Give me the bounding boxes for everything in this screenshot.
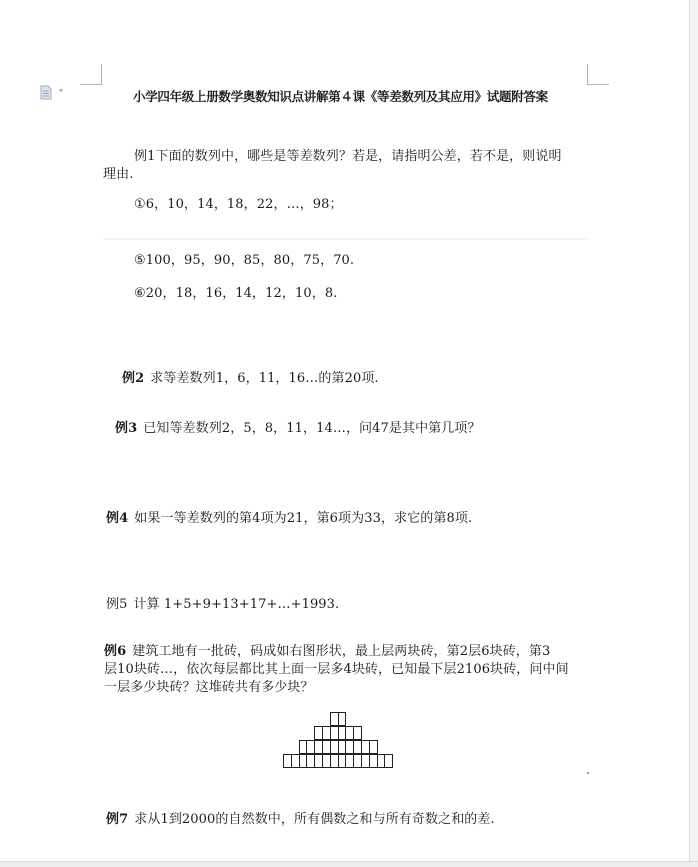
example-1-line-1: 例1下面的数列中，哪些是等差数列？若是，请指明公差，若不是，则说明 — [134, 145, 562, 164]
sequence-item-1: ①6，10，14，18，22，…，98； — [134, 193, 343, 212]
vertical-scrollbar[interactable] — [689, 0, 698, 862]
brick — [353, 726, 362, 740]
example-5-text: 计算 1+5+9+13+17+…+1993. — [133, 597, 339, 612]
item-text: 6，10，14，18，22，…，98； — [146, 197, 343, 212]
item-marker: ⑤ — [134, 253, 146, 268]
chevron-down-icon[interactable]: ▾ — [59, 86, 63, 95]
item-text: 100，95，90，85，80，75，70. — [146, 253, 354, 268]
example-3-label: 例3 — [115, 421, 137, 436]
document-title: 小学四年级上册数学奥数知识点讲解第４课《等差数列及其应用》试题附答案 — [133, 87, 558, 105]
brick-row — [330, 712, 347, 726]
scan-speck — [587, 772, 589, 774]
example-5-label: 例5 — [106, 597, 127, 612]
example-7-text: 求从1到2000的自然数中，所有偶数之和与所有奇数之和的差. — [134, 812, 495, 827]
example-3-text: 已知等差数列2，5，8，11，14…，问47是其中第几项？ — [143, 421, 480, 436]
brick — [384, 754, 393, 768]
example-6-label: 例6 — [104, 644, 126, 659]
example-6-line-1: 例6建筑工地有一批砖，码成如右图形状，最上层两块砖，第2层6块砖，第3 — [104, 640, 550, 659]
brick-row — [299, 740, 378, 754]
item-marker: ⑥ — [134, 286, 146, 301]
brick-row — [283, 754, 393, 768]
example-5: 例5计算 1+5+9+13+17+…+1993. — [106, 593, 339, 612]
example-6-line-2: 层10块砖…，依次每层都比其上面一层多4块砖，已知最下层2106块砖，问中间 — [104, 658, 569, 677]
example-1-line-2: 理由. — [103, 163, 133, 182]
example-4: 例4如果一等差数列的第4项为21，第6项为33，求它的第8项. — [106, 507, 472, 526]
example-7: 例7求从1到2000的自然数中，所有偶数之和与所有奇数之和的差. — [106, 808, 495, 827]
example-4-text: 如果一等差数列的第4项为21，第6项为33，求它的第8项. — [134, 511, 472, 526]
item-text: 20，18，16，14，12，10，8. — [146, 286, 338, 301]
brick — [338, 712, 347, 726]
document-page: ▾ 小学四年级上册数学奥数知识点讲解第４课《等差数列及其应用》试题附答案 例1下… — [0, 0, 690, 862]
brick-row — [314, 726, 362, 740]
example-3: 例3已知等差数列2，5，8，11，14…，问47是其中第几项？ — [115, 417, 481, 436]
example-1-label: 例1 — [134, 149, 155, 164]
brick — [369, 740, 378, 754]
sequence-item-6: ⑥20，18，16，14，12，10，8. — [134, 282, 337, 301]
example-2: 例2求等差数列1，6，11，16…的第20项. — [122, 367, 379, 386]
example-6-text: 建筑工地有一批砖，码成如右图形状，最上层两块砖，第2层6块砖，第3 — [132, 644, 550, 659]
example-2-label: 例2 — [122, 371, 144, 386]
margin-corner-top-left — [80, 64, 102, 85]
example-2-text: 求等差数列1，6，11，16…的第20项. — [150, 371, 378, 386]
status-bar-edge — [0, 861, 698, 867]
example-4-label: 例4 — [106, 511, 128, 526]
sequence-item-5: ⑤100，95，90，85，80，75，70. — [134, 249, 354, 268]
example-7-label: 例7 — [106, 812, 128, 827]
example-1-text: 下面的数列中，哪些是等差数列？若是，请指明公差，若不是，则说明 — [155, 149, 561, 164]
brick-pyramid-figure — [283, 712, 407, 768]
faint-divider — [103, 238, 590, 240]
example-6-line-3: 一层多少块砖？这堆砖共有多少块？ — [104, 676, 314, 695]
item-marker: ① — [134, 197, 146, 212]
document-icon[interactable] — [40, 85, 52, 100]
margin-corner-top-right — [587, 64, 609, 85]
